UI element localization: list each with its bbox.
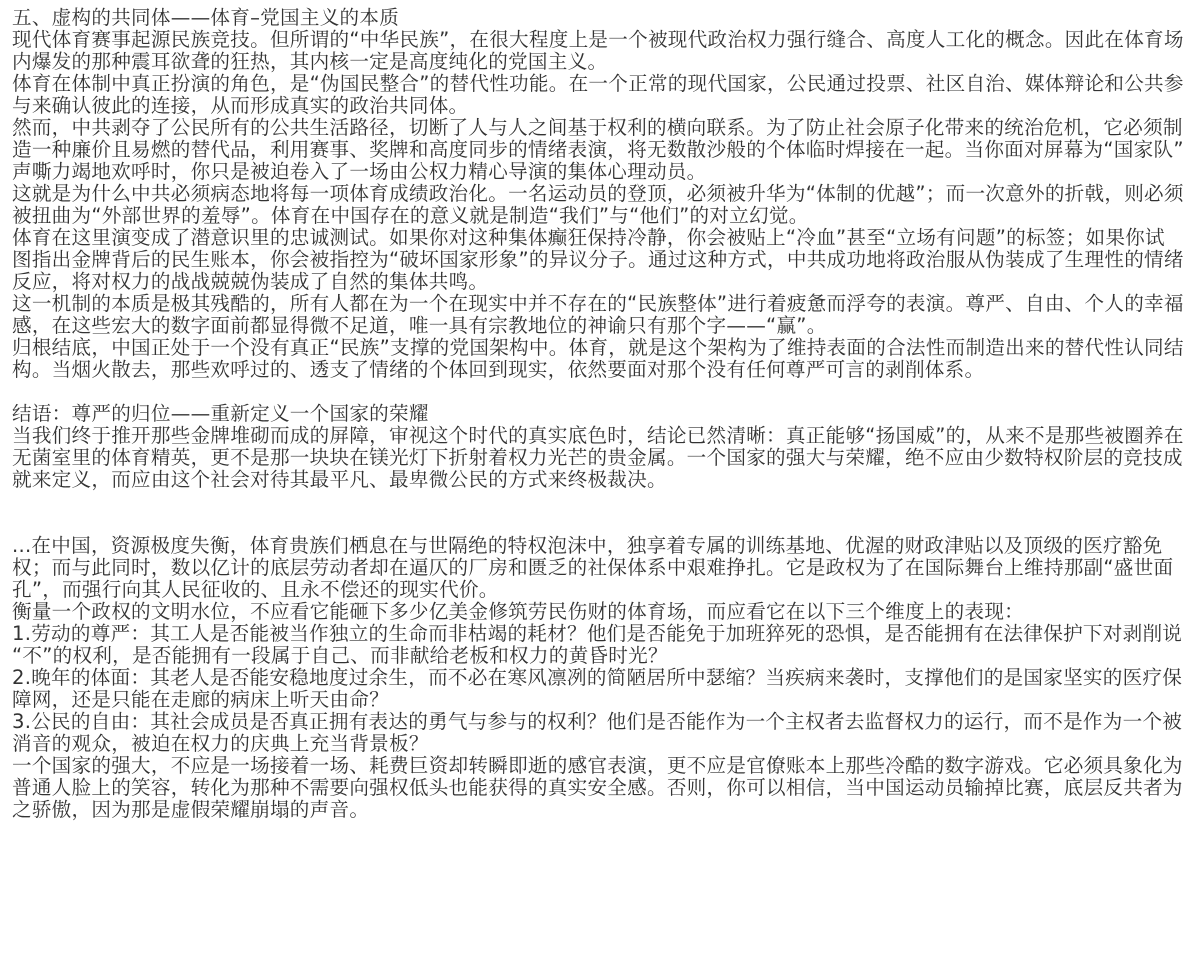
excerpt-section: ...在中国，资源极度失衡，体育贵族们栖息在与世隔绝的特权泡沫中，独享着专属的训… bbox=[12, 535, 1188, 821]
text-line: 孔”，而强行向其人民征收的、且永不偿还的现实代价。 bbox=[12, 579, 1188, 601]
text-line: 构。当烟火散去，那些欢呼过的、透支了情绪的个体回到现实，依然要面对那个没有任何尊… bbox=[12, 359, 1188, 381]
text-line: 就来定义，而应由这个社会对待其最平凡、最卑微公民的方式来终极裁决。 bbox=[12, 469, 1188, 491]
text-line: 体育在这里演变成了潜意识里的忠诚测试。如果你对这种集体癫狂保持冷静，你会被贴上“… bbox=[12, 227, 1188, 249]
list-item-civil-freedom: 3.公民的自由：其社会成员是否真正拥有表达的勇气与参与的权利？他们是否能作为一个… bbox=[12, 711, 1188, 733]
paragraph-gap bbox=[12, 381, 1188, 403]
text-line: 这就是为什么中共必须病态地将每一项体育成绩政治化。一名运动员的登顶，必须被升华为… bbox=[12, 183, 1188, 205]
list-item-labor-dignity: 1.劳动的尊严：其工人是否能被当作独立的生命而非枯竭的耗材？他们是否能免于加班猝… bbox=[12, 623, 1188, 645]
text-line: 之骄傲，因为那是虚假荣耀崩塌的声音。 bbox=[12, 799, 1188, 821]
text-line: 现代体育赛事起源民族竞技。但所谓的“中华民族”，在很大程度上是一个被现代政治权力… bbox=[12, 29, 1188, 51]
paragraph-gap bbox=[12, 491, 1188, 535]
text-line: 一个国家的强大，不应是一场接着一场、耗费巨资却转瞬即逝的感官表演，更不应是官僚账… bbox=[12, 755, 1188, 777]
text-line: 反应，将对权力的战战兢兢伪装成了自然的集体共鸣。 bbox=[12, 271, 1188, 293]
text-line: 归根结底，中国正处于一个没有真正“民族”支撑的党国架构中。体育，就是这个架构为了… bbox=[12, 337, 1188, 359]
conclusion-title: 结语：尊严的归位——重新定义一个国家的荣耀 bbox=[12, 403, 1188, 425]
text-line: 声嘶力竭地欢呼时，你只是被迫卷入了一场由公权力精心导演的集体心理动员。 bbox=[12, 161, 1188, 183]
text-line: 这一机制的本质是极其残酷的，所有人都在为一个在现实中并不存在的“民族整体”进行着… bbox=[12, 293, 1188, 315]
section-five: 五、虚构的共同体——体育–党国主义的本质 现代体育赛事起源民族竞技。但所谓的“中… bbox=[12, 7, 1188, 381]
text-line: 消音的观众，被迫在权力的庆典上充当背景板？ bbox=[12, 733, 1188, 755]
text-line: 内爆发的那种震耳欲聋的狂热，其内核一定是高度纯化的党国主义。 bbox=[12, 51, 1188, 73]
list-item-elderly-dignity: 2.晚年的体面：其老人是否能安稳地度过余生，而不必在寒风凛冽的简陋居所中瑟缩？当… bbox=[12, 667, 1188, 689]
text-line: 障网，还是只能在走廊的病床上听天由命？ bbox=[12, 689, 1188, 711]
text-line: 与来确认彼此的连接，从而形成真实的政治共同体。 bbox=[12, 95, 1188, 117]
document-body: 五、虚构的共同体——体育–党国主义的本质 现代体育赛事起源民族竞技。但所谓的“中… bbox=[0, 0, 1200, 821]
text-line: 普通人脸上的笑容，转化为那种不需要向强权低头也能获得的真实安全感。否则，你可以相… bbox=[12, 777, 1188, 799]
section-five-title: 五、虚构的共同体——体育–党国主义的本质 bbox=[12, 7, 1188, 29]
text-line: 然而，中共剥夺了公民所有的公共生活路径，切断了人与人之间基于权利的横向联系。为了… bbox=[12, 117, 1188, 139]
text-line: ...在中国，资源极度失衡，体育贵族们栖息在与世隔绝的特权泡沫中，独享着专属的训… bbox=[12, 535, 1188, 557]
text-line: 无菌室里的体育精英，更不是那一块块在镁光灯下折射着权力光芒的贵金属。一个国家的强… bbox=[12, 447, 1188, 469]
text-line: 当我们终于推开那些金牌堆砌而成的屏障，审视这个时代的真实底色时，结论已然清晰：真… bbox=[12, 425, 1188, 447]
conclusion-section: 结语：尊严的归位——重新定义一个国家的荣耀 当我们终于推开那些金牌堆砌而成的屏障… bbox=[12, 403, 1188, 491]
text-line: “不”的权利，是否能拥有一段属于自己、而非献给老板和权力的黄昏时光？ bbox=[12, 645, 1188, 667]
text-line: 权；而与此同时，数以亿计的底层劳动者却在逼仄的厂房和匮乏的社保体系中艰难挣扎。它… bbox=[12, 557, 1188, 579]
text-line: 体育在体制中真正扮演的角色，是“伪国民整合”的替代性功能。在一个正常的现代国家，… bbox=[12, 73, 1188, 95]
text-line: 衡量一个政权的文明水位，不应看它能砸下多少亿美金修筑劳民伤财的体育场，而应看它在… bbox=[12, 601, 1188, 623]
text-line: 造一种廉价且易燃的替代品，利用赛事、奖牌和高度同步的情绪表演，将无数散沙般的个体… bbox=[12, 139, 1188, 161]
text-line: 感，在这些宏大的数字面前都显得微不足道，唯一具有宗教地位的神谕只有那个字——“赢… bbox=[12, 315, 1188, 337]
text-line: 被扭曲为“外部世界的羞辱”。体育在中国存在的意义就是制造“我们”与“他们”的对立… bbox=[12, 205, 1188, 227]
text-line: 图指出金牌背后的民生账本，你会被指控为“破坏国家形象”的异议分子。通过这种方式，… bbox=[12, 249, 1188, 271]
